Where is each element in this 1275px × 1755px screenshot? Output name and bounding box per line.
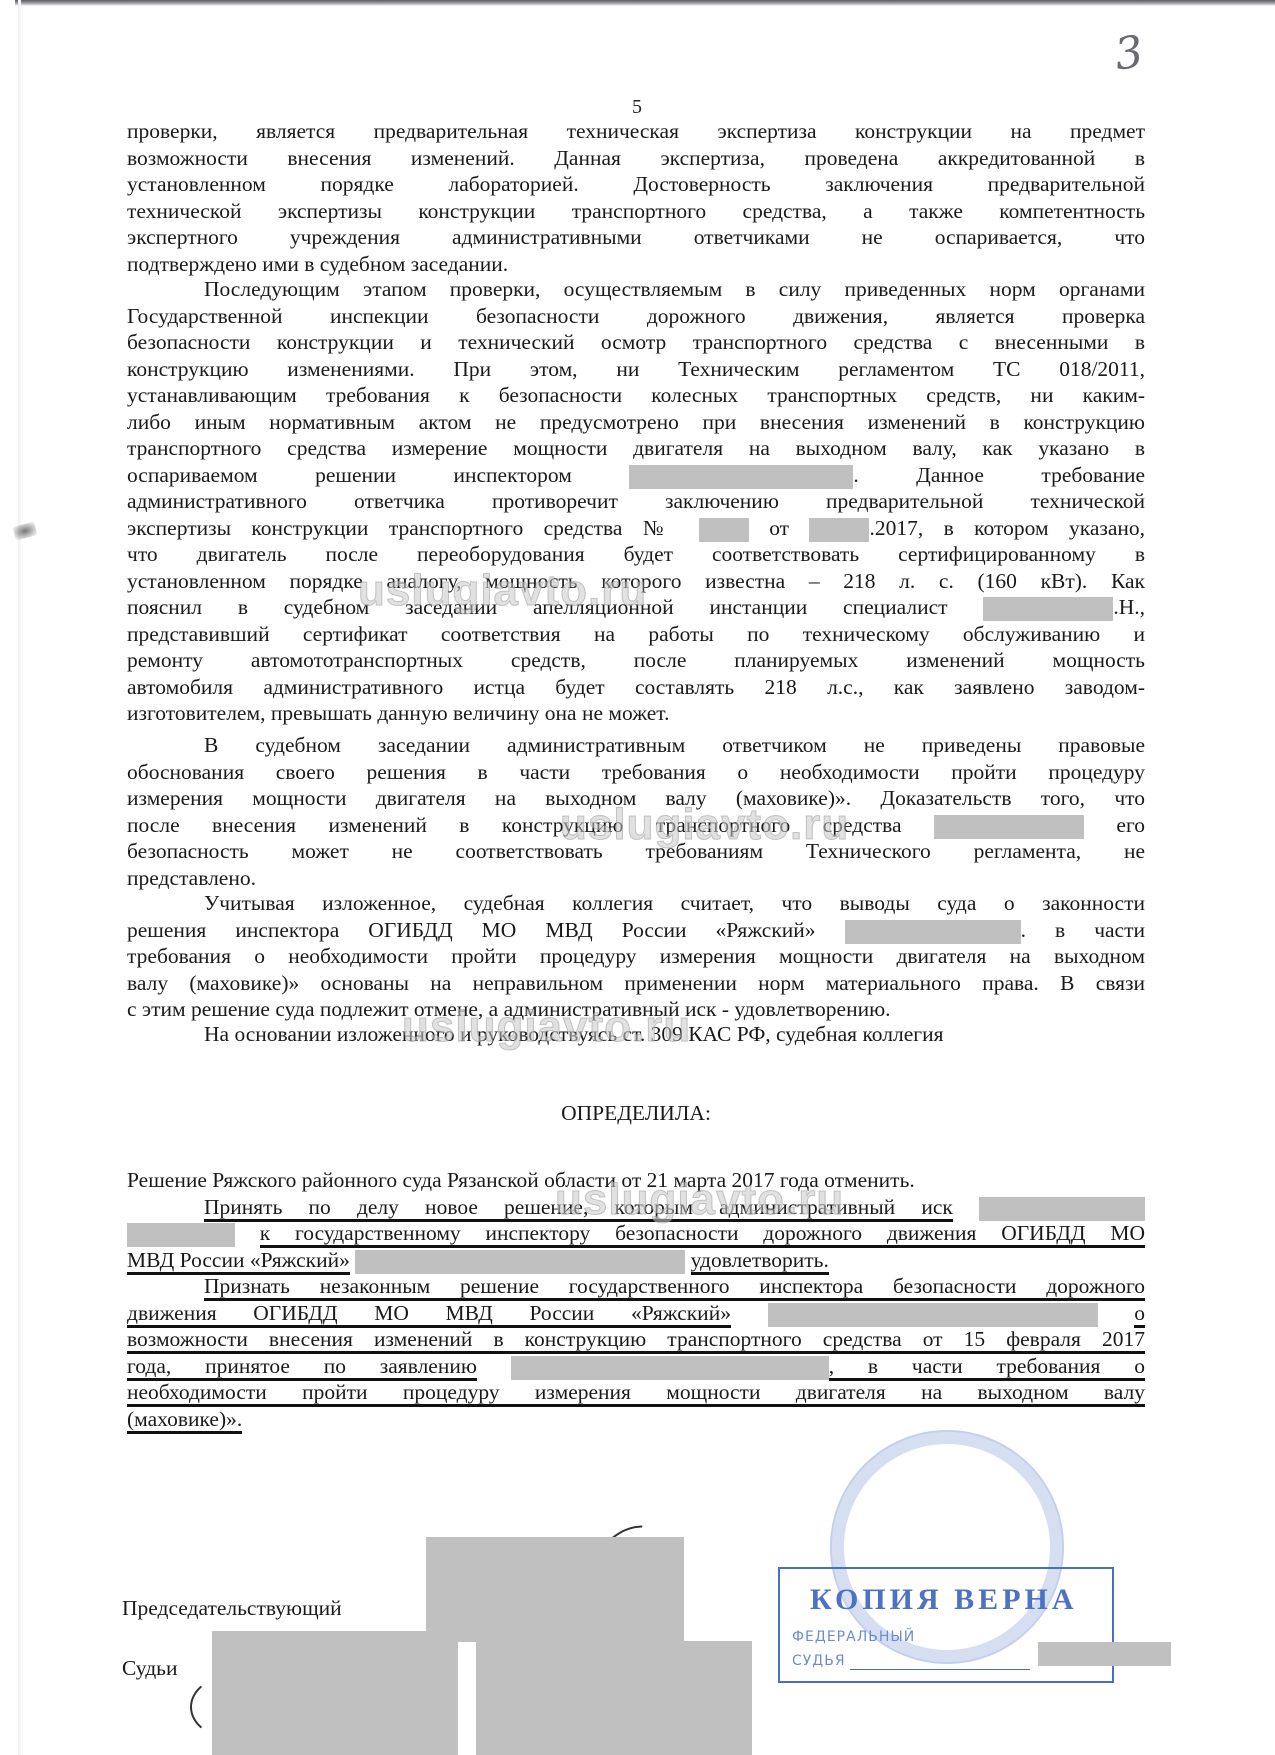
text-fragment: (маховике)». — [127, 1407, 242, 1434]
text-line: безопасности конструкции и технический о… — [127, 329, 1145, 356]
text-line: требования о необходимости пройти процед… — [127, 943, 1145, 970]
text-line: Учитывая изложенное, судебная коллегия с… — [127, 890, 1145, 917]
text-line: конструкцию изменениями. При этом, ни Те… — [127, 356, 1145, 383]
handwritten-page-number: 3 — [1112, 26, 1147, 80]
text-fragment: возможности внесения изменений в констру… — [127, 1327, 1145, 1354]
scan-edge-top — [15, 0, 1275, 6]
text-line: что двигатель после переоборудования буд… — [127, 541, 1145, 568]
text-line-underlined: движения ОГИБДД МО МВД России «Ряжский» … — [127, 1300, 1145, 1327]
redaction-box — [934, 815, 1084, 839]
text-fragment: Принять по делу новое решение, которым а… — [204, 1195, 953, 1222]
ruling-heading: ОПРЕДЕЛИЛА: — [127, 1100, 1145, 1127]
text-line: подтверждено ими в судебном заседании. — [127, 251, 1145, 278]
scan-edge-left — [18, 0, 21, 1755]
text-line: измерения мощности двигателя на выходном… — [127, 785, 1145, 812]
text-line-underlined: МВД России «Ряжский» удовлетворить. — [127, 1247, 1145, 1274]
text-line-underlined: (маховике)». — [127, 1406, 1145, 1433]
text-line: валу (маховике)» основаны на неправильно… — [127, 970, 1145, 997]
text-line: либо иным нормативным актом не предусмот… — [127, 409, 1145, 436]
text-fragment: необходимости пройти процедуру измерения… — [127, 1380, 1145, 1407]
text-line: автомобиля административного истца будет… — [127, 674, 1145, 701]
paragraph-5: На основании изложенного и руководствуяс… — [127, 1021, 1145, 1048]
text-fragment: пояснил в судебном заседании апелляционн… — [127, 595, 948, 619]
text-line: оспариваемом решении инспектором . Данно… — [127, 462, 1145, 489]
text-line-underlined: возможности внесения изменений в констру… — [127, 1326, 1145, 1353]
text-line: устанавливающим требования к безопасност… — [127, 382, 1145, 409]
text-fragment: удовлетворить. — [691, 1248, 829, 1275]
text-line: представивший сертификат соответствия на… — [127, 621, 1145, 648]
text-line-underlined: к государственному инспектору безопаснос… — [127, 1220, 1145, 1247]
text-line: проверки, является предварительная техни… — [127, 118, 1145, 145]
text-line: транспортного средства измерение мощност… — [127, 435, 1145, 462]
text-line: технической экспертизы конструкции транс… — [127, 198, 1145, 225]
text-fragment: решения инспектора ОГИБДД МО МВД России … — [127, 918, 816, 942]
text-line: изготовителем, превышать данную величину… — [127, 700, 1145, 727]
text-line-underlined: Признать незаконным решение государствен… — [127, 1273, 1145, 1300]
text-line-underlined: необходимости пройти процедуру измерения… — [127, 1379, 1145, 1406]
redaction-box — [699, 518, 749, 542]
redaction-box — [355, 1250, 685, 1274]
text-line: Государственной инспекции безопасности д… — [127, 303, 1145, 330]
redaction-box — [212, 1631, 458, 1755]
text-line: установленном порядке лабораторией. Дост… — [127, 171, 1145, 198]
text-line-underlined: Принять по делу новое решение, которым а… — [127, 1194, 1145, 1221]
redaction-box — [809, 518, 869, 542]
text-fragment: .Н., — [1113, 595, 1145, 619]
redaction-box — [979, 1197, 1145, 1221]
redaction-box — [845, 920, 1021, 944]
text-fragment: после внесения изменений в конструкцию т… — [127, 813, 902, 837]
paragraph-3: В судебном заседании административным от… — [127, 732, 1145, 891]
text-line: административного ответчика противоречит… — [127, 488, 1145, 515]
margin-hole-punch-mark — [13, 521, 38, 540]
text-fragment: движения ОГИБДД МО МВД России «Ряжский» — [127, 1301, 731, 1328]
text-line: безопасность может не соответствовать тр… — [127, 838, 1145, 865]
text-fragment: экспертизы конструкции транспортного сре… — [127, 516, 678, 540]
judges-label: Судьи — [122, 1656, 177, 1681]
paragraph-2: Последующим этапом проверки, осуществляе… — [127, 276, 1145, 727]
ruling-block: Решение Ряжского районного суда Рязанско… — [127, 1167, 1145, 1432]
paragraph-1: проверки, является предварительная техни… — [127, 118, 1145, 277]
text-line: с этим решение суда подлежит отмене, а а… — [127, 996, 1145, 1023]
stamp-signature-line — [850, 1669, 1030, 1670]
text-fragment: к государственному инспектору безопаснос… — [260, 1221, 1145, 1248]
redaction-box — [983, 597, 1113, 621]
text-line: Последующим этапом проверки, осуществляе… — [127, 276, 1145, 303]
text-line: В судебном заседании административным от… — [127, 732, 1145, 759]
text-line: экспертного учреждения административными… — [127, 224, 1145, 251]
page-number: 5 — [632, 96, 642, 119]
text-fragment: . Данное требование — [853, 463, 1145, 487]
redaction-box — [127, 1223, 235, 1247]
text-fragment: от — [769, 516, 789, 540]
redaction-box — [1038, 1642, 1171, 1666]
stamp-federal-label: ФЕДЕРАЛЬНЫЙ — [792, 1629, 915, 1645]
text-fragment: года, принятое по заявлению — [127, 1354, 477, 1381]
redaction-box — [426, 1537, 684, 1642]
text-fragment: о — [1134, 1301, 1145, 1328]
text-fragment: оспариваемом решении инспектором — [127, 463, 572, 487]
text-line: представлено. — [127, 865, 1145, 892]
text-fragment: Признать незаконным решение государствен… — [204, 1274, 1145, 1301]
text-fragment: его — [1116, 813, 1145, 837]
text-line-underlined: года, принятое по заявлению , в части тр… — [127, 1353, 1145, 1380]
text-line: экспертизы конструкции транспортного сре… — [127, 515, 1145, 542]
text-line: обоснования своего решения в части требо… — [127, 759, 1145, 786]
text-line: ремонту автомототранспортных средств, по… — [127, 647, 1145, 674]
text-line: возможности внесения изменений. Данная э… — [127, 145, 1145, 172]
text-line: после внесения изменений в конструкцию т… — [127, 812, 1145, 839]
text-fragment: МВД России «Ряжский» — [127, 1248, 350, 1275]
redaction-box — [629, 465, 853, 489]
stamp-judge-label: СУДЬЯ — [792, 1653, 846, 1669]
text-fragment: . в части — [1021, 918, 1145, 942]
text-line: На основании изложенного и руководствуяс… — [127, 1021, 1145, 1048]
redaction-box — [768, 1303, 1098, 1327]
text-line: решения инспектора ОГИБДД МО МВД России … — [127, 917, 1145, 944]
text-line: пояснил в судебном заседании апелляционн… — [127, 594, 1145, 621]
text-line: Решение Ряжского районного суда Рязанско… — [127, 1167, 1145, 1194]
text-fragment: .2017, в котором указано, — [869, 516, 1145, 540]
ruling-heading-block: ОПРЕДЕЛИЛА: — [127, 1100, 1145, 1127]
redaction-box — [511, 1356, 829, 1380]
text-fragment: , в части требования о — [829, 1354, 1145, 1381]
redaction-box — [476, 1641, 752, 1755]
paragraph-4: Учитывая изложенное, судебная коллегия с… — [127, 890, 1145, 1023]
text-line: установленном порядке аналогу, мощность … — [127, 568, 1145, 595]
presiding-judge-label: Председательствующий — [122, 1596, 342, 1621]
stamp-title: КОПИЯ ВЕРНА — [810, 1583, 1078, 1617]
